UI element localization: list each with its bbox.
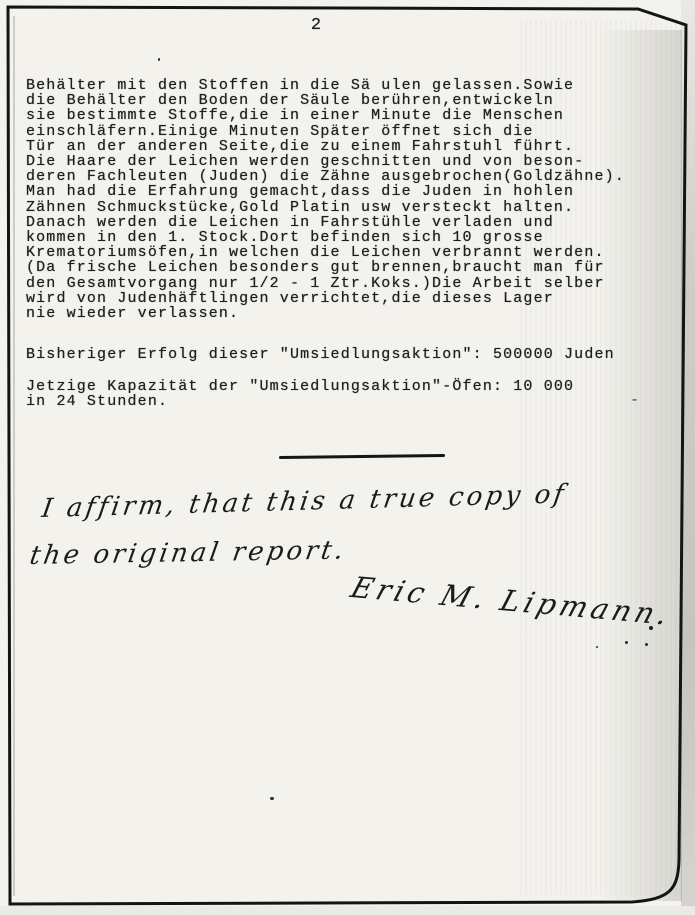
scan-edge-shadow-right (681, 0, 695, 915)
typed-paragraph-capacity: Jetzige Kapazität der "Umsiedlungsaktion… (26, 379, 574, 409)
signature-period-mark (649, 626, 653, 630)
scan-edge-bottom (0, 906, 695, 915)
paper-speck (645, 643, 648, 646)
paper-speck (596, 646, 598, 648)
paper-speck (158, 58, 160, 61)
paper-speck (625, 641, 628, 644)
paper-speck (270, 797, 274, 800)
stray-typewriter-dash: - (630, 392, 639, 409)
handwritten-affirmation-line2: the original report. (28, 535, 349, 571)
handwritten-signature: Eric M. Lipmann. (347, 570, 676, 631)
scanned-document-page: 2 Behälter mit den Stoffen in die Sä ule… (0, 0, 695, 915)
separator-line (279, 454, 445, 459)
page-number: 2 (296, 16, 336, 35)
typed-paragraph-main: Behälter mit den Stoffen in die Sä ulen … (26, 78, 625, 321)
handwritten-affirmation-line1: I affirm, that this a true copy of (40, 479, 569, 524)
typed-paragraph-result: Bisheriger Erfolg dieser "Umsiedlungsakt… (26, 347, 615, 362)
